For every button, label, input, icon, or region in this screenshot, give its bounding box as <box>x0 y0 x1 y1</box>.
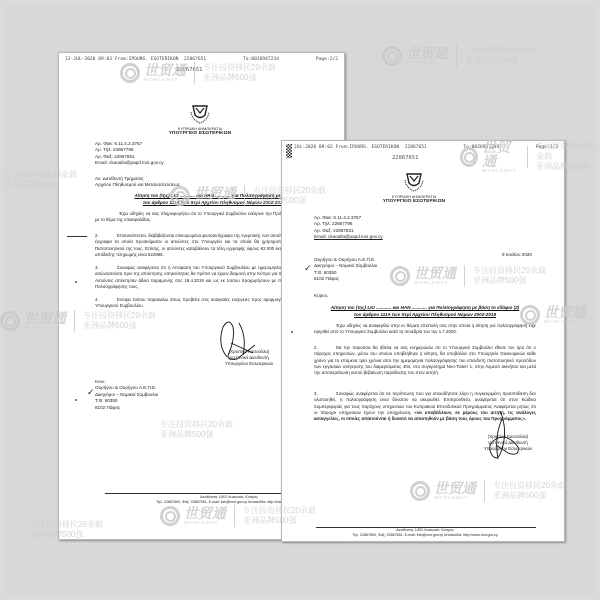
scan-dot <box>291 331 293 333</box>
scan-dot <box>75 281 77 283</box>
ministry-name: ΥΠΟΥΡΓΕΙΟ ΕΣΩΤΕΡΙΚΩΝ <box>354 199 474 204</box>
paragraph-2: 2.Με την παρούσα θα ήθελα να σας ενημερώ… <box>314 345 536 376</box>
fax-number: 22867651 <box>176 67 203 73</box>
fax-page: Page:2/2 <box>316 57 338 62</box>
fax-to: To:0026947234 <box>463 145 499 150</box>
checkmark-icon: ✓ <box>304 263 312 274</box>
coat-of-arms-icon <box>403 171 425 193</box>
email: Email: ckaoulla@papd.moi.gov.cy <box>95 160 164 166</box>
reference-block: Αρ. Φακ: 6.11.4.2.3757 Αρ. Τηλ: 22867796… <box>95 141 164 167</box>
coat-of-arms-icon <box>189 103 211 125</box>
subject-line-1: Αίτηση του (της) LIU ............ και HA… <box>302 305 548 312</box>
scan-dot <box>75 399 77 401</box>
margin-mark <box>67 236 87 237</box>
signatory-ministry: Υπουργείου Εσωτερικών <box>209 361 289 367</box>
document-page-2: JUL-2020 09:02 From:IPOURG. ESOTERIKON 2… <box>281 140 565 542</box>
fax-marker <box>286 144 292 158</box>
paragraph-1: Έχω οδηγίες να αναφερθώ στην εν θέματι ε… <box>314 323 536 336</box>
fax-page: Page:1/2 <box>536 145 558 150</box>
recipient-block: Ουρήγου & Ουρήγου Α.Ε.Π.Ε. Δικηγόροι – Ν… <box>314 257 377 283</box>
fax-datetime: JUL-2020 09:02 <box>294 145 333 150</box>
subject-line-2: του άρθρου 111Α των περί Αρχείου Πληθυσμ… <box>302 312 548 319</box>
fax-to: To:0026947234 <box>243 57 279 62</box>
fax-number: 22867651 <box>392 155 419 161</box>
fax-from: From:IPOURG. ESOTERIKON <box>115 57 179 62</box>
footer-contacts: Τηλ. 22867600, Φαξ: 22867651, E-mail: in… <box>302 533 548 538</box>
fax-header: JUL-2020 09:02 From:IPOURG. ESOTERIKON 2… <box>294 145 558 150</box>
signatory-ministry: Υπουργείου Εσωτερικών <box>468 446 548 452</box>
recipient-line: Δικηγόροι – Νομικοί Σύμβουλοι <box>314 263 377 269</box>
ministry-name: ΥΠΟΥΡΓΕΙΟ ΕΣΩΤΕΡΙΚΩΝ <box>140 131 260 136</box>
signature-block: (Χριστίνα Κασούλλα) για Γενικό Διευθυντή… <box>209 349 289 367</box>
paragraph-text: Με την παρούσα θα ήθελα να σας ενημερώσω… <box>314 345 536 375</box>
letterhead: ΚΥΠΡΙΑΚΗ ΔΗΜΟΚΡΑΤΙΑ ΥΠΟΥΡΓΕΙΟ ΕΣΩΤΕΡΙΚΩΝ <box>354 195 474 204</box>
letterhead: ΚΥΠΡΙΑΚΗ ΔΗΜΟΚΡΑΤΙΑ ΥΠΟΥΡΓΕΙΟ ΕΣΩΤΕΡΙΚΩΝ <box>140 127 260 136</box>
footer-address: Διεύθυνση: 1453 Λευκωσία, Κύπρος <box>396 528 454 532</box>
cc-line: Ουρήγου & Ουρήγου Α.Ε.Π.Ε. <box>95 385 158 391</box>
fax-from: From:IPOURG. ESOTERIKON <box>336 145 400 150</box>
cc-block: Κοιν.: Ουρήγου & Ουρήγου Α.Ε.Π.Ε. Δικηγό… <box>95 379 158 411</box>
signature-block: (Χριστίνα Κασούλλα) για Γενικό Διευθυντή… <box>468 434 548 452</box>
footer-address: Διεύθυνση: 1453 Λευκωσία, Κύπρος <box>200 495 258 499</box>
footer: Διεύθυνση: 1453 Λευκωσία, Κύπρος Τηλ. 22… <box>302 528 548 537</box>
cc-line: 8102 Πάφος <box>95 405 158 411</box>
recipient-line: Αρχείου Πληθυσμού και Μεταναστεύσεως, <box>95 182 181 188</box>
reference-block: Αρ. Φακ: 6.11.4.2.3757 Αρ. Τηλ: 22867796… <box>314 215 383 241</box>
salutation: Κύριοι, <box>314 293 328 299</box>
fax-header: 13-JUL-2020 09:03 From:IPOURG. ESOTERIKO… <box>65 57 338 62</box>
checkmark-icon: ✓ <box>87 387 95 398</box>
letter-date: 9 Ιουλίου 2020 <box>502 252 532 257</box>
fax-from-number: 22867651 <box>405 145 427 150</box>
fax-from-number: 22867651 <box>184 57 206 62</box>
subject-heading: Αίτηση του (της) LIU ............ και HA… <box>302 305 548 318</box>
email: Email: ckaoulla@papd.moi.gov.cy <box>314 234 383 240</box>
fax-datetime: 13-JUL-2020 09:03 <box>65 57 112 62</box>
recipient-line: 8102 Πάφος <box>314 276 377 282</box>
recipient-block: Αν. Διευθυντή Τμήματος Αρχείου Πληθυσμού… <box>95 176 181 189</box>
